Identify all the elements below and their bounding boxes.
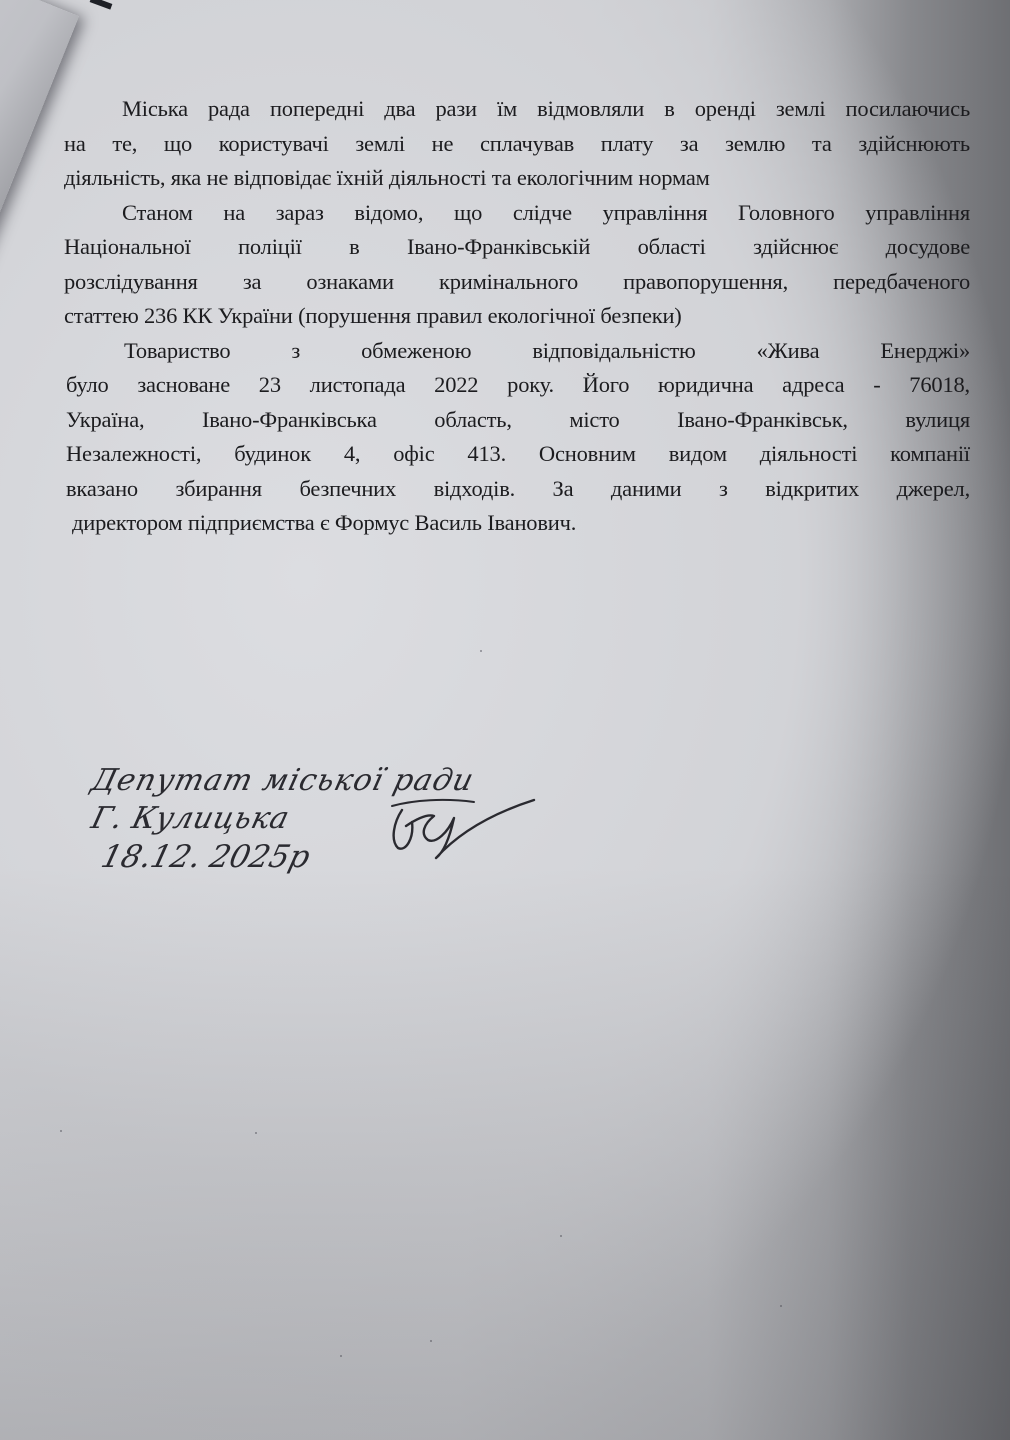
text-line: на те, що користувачі землі не сплачував… (64, 127, 970, 162)
handwritten-signature-block: Депутат міської ради Г. Кулицька 18.12. … (92, 762, 592, 912)
paragraph-land-lease-refusal: Міська рада попередні два рази їм відмов… (64, 92, 970, 196)
paper-speck (430, 1340, 432, 1342)
paper-speck (480, 650, 482, 652)
document-body: Міська рада попередні два рази їм відмов… (64, 92, 970, 541)
paragraph-police-investigation: Станом на зараз відомо, що слідче управл… (64, 196, 970, 334)
text-line: Національної поліції в Івано-Франківські… (64, 230, 970, 265)
text-line: діяльність, яка не відповідає їхній діял… (64, 161, 970, 196)
paper-speck (560, 1235, 562, 1237)
paragraph-company-details: Товариство з обмеженою відповідальністю … (66, 334, 970, 541)
text-line: розслідування за ознаками кримінального … (64, 265, 970, 300)
text-line: Товариство з обмеженою відповідальністю … (66, 334, 970, 369)
signature-scribble-icon (384, 792, 544, 862)
text-line: статтею 236 КК України (порушення правил… (64, 299, 970, 334)
text-line: Міська рада попередні два рази їм відмов… (64, 92, 970, 127)
paper-speck (340, 1355, 342, 1357)
paper-speck (60, 1130, 62, 1132)
paper-speck (780, 1305, 782, 1307)
text-line: Незалежності, будинок 4, офіс 413. Основ… (66, 437, 970, 472)
text-line: директором підприємства є Формус Василь … (66, 506, 970, 541)
text-line: вказано збирання безпечних відходів. За … (66, 472, 970, 507)
text-line: Станом на зараз відомо, що слідче управл… (64, 196, 970, 231)
text-line: Україна, Івано-Франківська область, міст… (66, 403, 970, 438)
text-line: було засноване 23 листопада 2022 року. Й… (66, 368, 970, 403)
paper-speck (255, 1132, 257, 1134)
